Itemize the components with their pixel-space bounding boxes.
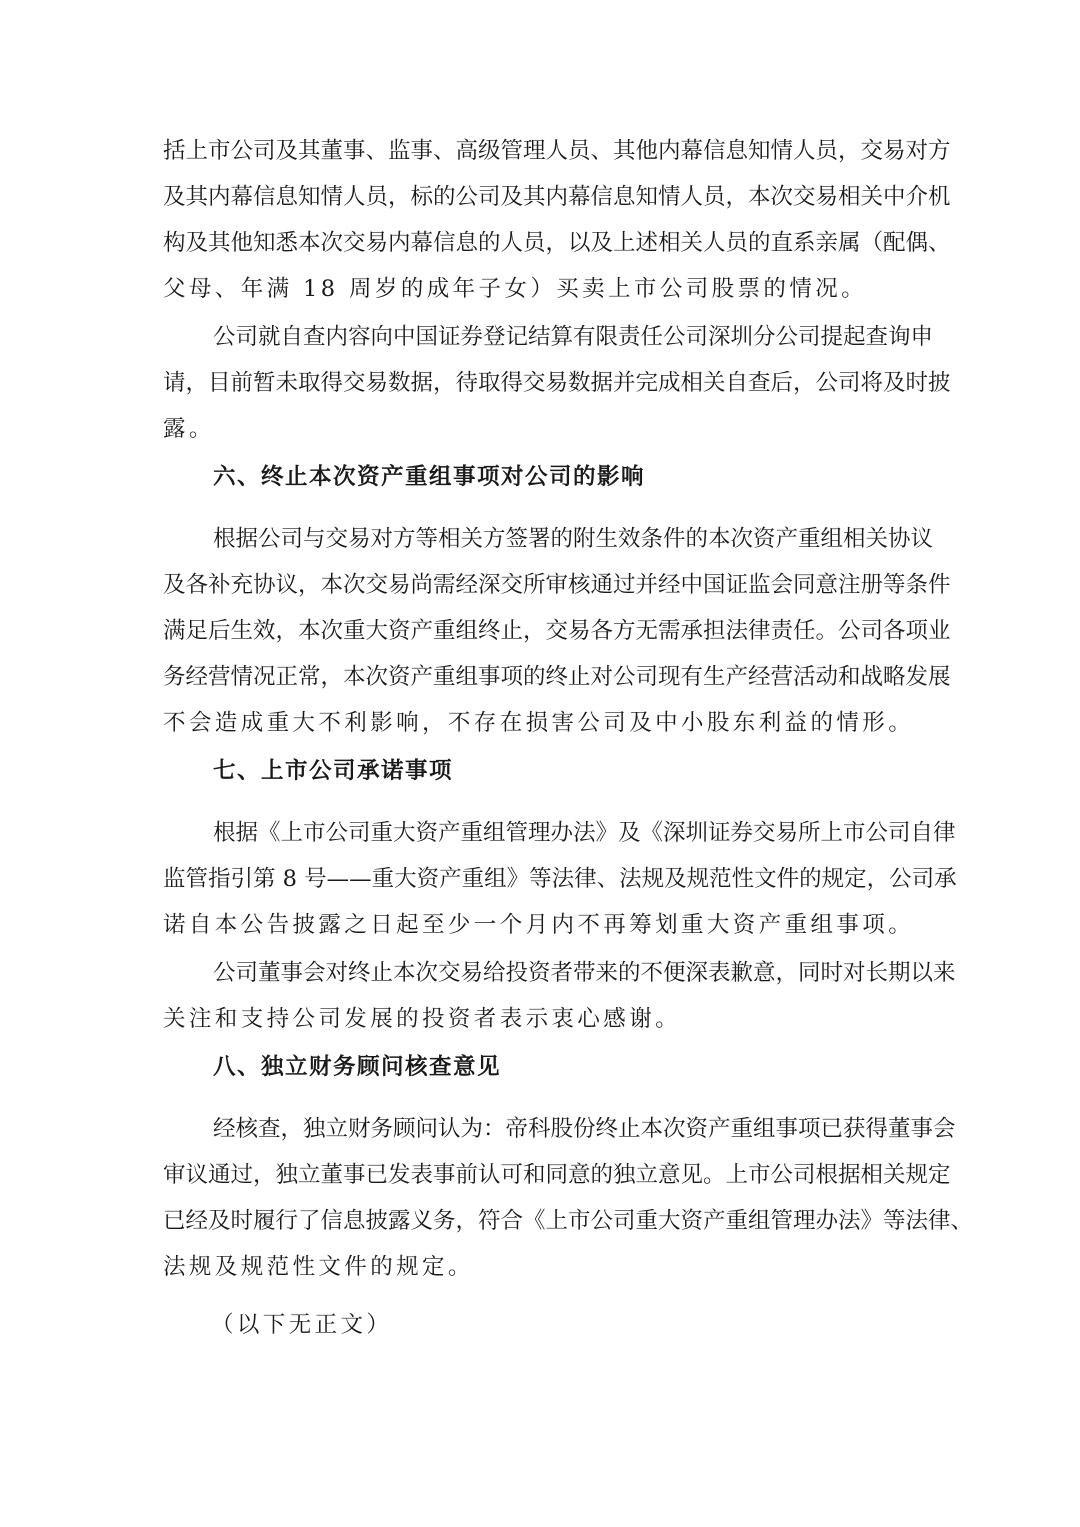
text-line: 根据《上市公司重大资产重组管理办法》及《深圳证券交易所上市公司自律 bbox=[213, 810, 915, 856]
text-line: 法规及规范性文件的规定。 bbox=[163, 1244, 474, 1290]
text-line: 公司董事会对终止本次交易给投资者带来的不便深表歉意，同时对长期以来 bbox=[213, 950, 915, 996]
text-line: 及其内幕信息知情人员，标的公司及其内幕信息知情人员，本次交易相关中介机 bbox=[163, 174, 915, 220]
text-line: 公司就自查内容向中国证券登记结算有限责任公司深圳分公司提起查询申 bbox=[213, 314, 915, 360]
text-line: 括上市公司及其董事、监事、高级管理人员、其他内幕信息知情人员，交易对方 bbox=[163, 128, 915, 174]
text-line: 请，目前暂未取得交易数据，待取得交易数据并完成相关自查后，公司将及时披 bbox=[163, 360, 915, 406]
text-line: 经核查，独立财务顾问认为：帝科股份终止本次资产重组事项已获得董事会 bbox=[213, 1106, 915, 1152]
closing-note: （以下无正文） bbox=[211, 1302, 392, 1348]
text-line: 根据公司与交易对方等相关方签署的附生效条件的本次资产重组相关协议 bbox=[213, 516, 915, 562]
section-heading: 六、终止本次资产重组事项对公司的影响 bbox=[213, 454, 645, 500]
text-line: 已经及时履行了信息披露义务，符合《上市公司重大资产重组管理办法》等法律、 bbox=[163, 1198, 915, 1244]
text-line: 审议通过，独立董事已发表事前认可和同意的独立意见。上市公司根据相关规定 bbox=[163, 1152, 915, 1198]
text-line: 监管指引第 8 号——重大资产重组》等法律、法规及规范性文件的规定，公司承 bbox=[163, 856, 915, 902]
section-heading: 八、独立财务顾问核查意见 bbox=[213, 1044, 501, 1090]
text-line: 满足后生效，本次重大资产重组终止，交易各方无需承担法律责任。公司各项业 bbox=[163, 608, 915, 654]
text-line: 父母、年满 18 周岁的成年子女）买卖上市公司股票的情况。 bbox=[163, 266, 867, 312]
text-line: 及各补充协议，本次交易尚需经深交所审核通过并经中国证监会同意注册等条件 bbox=[163, 562, 915, 608]
text-line: 构及其他知悉本次交易内幕信息的人员，以及上述相关人员的直系亲属（配偶、 bbox=[163, 220, 915, 266]
text-line: 诺自本公告披露之日起至少一个月内不再筹划重大资产重组事项。 bbox=[163, 902, 914, 948]
text-line: 不会造成重大不利影响，不存在损害公司及中小股东利益的情形。 bbox=[163, 700, 914, 746]
text-line: 务经营情况正常，本次资产重组事项的终止对公司现有生产经营活动和战略发展 bbox=[163, 654, 915, 700]
section-heading: 七、上市公司承诺事项 bbox=[213, 748, 453, 794]
text-line: 露。 bbox=[163, 406, 215, 452]
text-line: 关注和支持公司发展的投资者表示衷心感谢。 bbox=[163, 996, 681, 1042]
